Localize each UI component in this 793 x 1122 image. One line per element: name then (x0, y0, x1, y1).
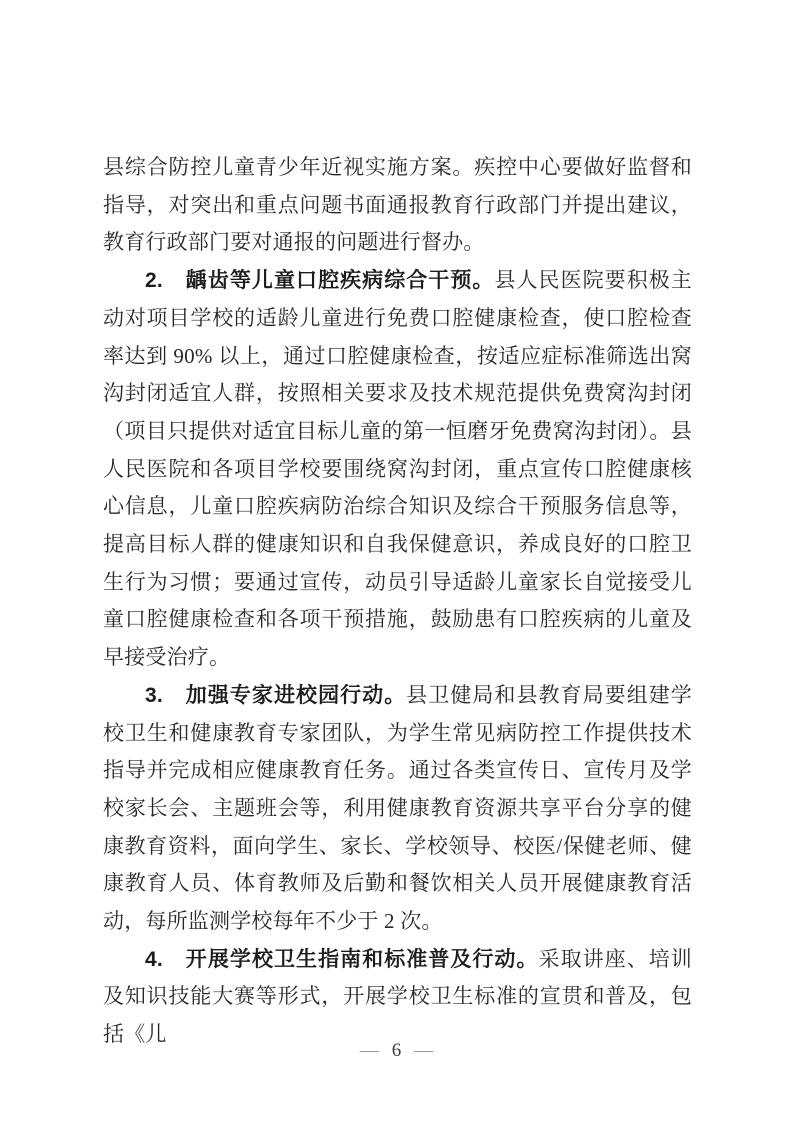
paragraph-2-text: 县人民医院要积极主动对项目学校的适龄儿童进行免费口腔健康检查，使口腔检查率达到 … (103, 268, 692, 669)
paragraph-3-text: 县卫健局和县教育局要组建学校卫生和健康教育专家团队，为学生常见病防控工作提供技术… (103, 683, 692, 933)
paragraph-1: 县综合防控儿童青少年近视实施方案。疾控中心要做好监督和指导，对突出和重点问题书面… (103, 149, 692, 262)
paragraph-4-heading: 4. 开展学校卫生指南和标准普及行动。 (145, 948, 539, 971)
page-number: 6 (392, 1040, 402, 1061)
paragraph-1-text: 县综合防控儿童青少年近视实施方案。疾控中心要做好监督和指导，对突出和重点问题书面… (103, 155, 692, 254)
paragraph-2-heading: 2. 龋齿等儿童口腔疾病综合干预。 (145, 269, 494, 292)
footer-right-dash: — (414, 1040, 433, 1061)
paragraph-3-heading: 3. 加强专家进校园行动。 (145, 684, 406, 707)
document-body: 县综合防控儿童青少年近视实施方案。疾控中心要做好监督和指导，对突出和重点问题书面… (103, 149, 692, 1054)
paragraph-3: 3. 加强专家进校园行动。县卫健局和县教育局要组建学校卫生和健康教育专家团队，为… (103, 677, 692, 941)
paragraph-2: 2. 龋齿等儿童口腔疾病综合干预。县人民医院要积极主动对项目学校的适龄儿童进行免… (103, 262, 692, 677)
document-page: 县综合防控儿童青少年近视实施方案。疾控中心要做好监督和指导，对突出和重点问题书面… (0, 0, 793, 1122)
paragraph-4: 4. 开展学校卫生指南和标准普及行动。采取讲座、培训及知识技能大赛等形式，开展学… (103, 941, 692, 1054)
footer-left-dash: — (360, 1040, 379, 1061)
page-footer: —6— (0, 1039, 793, 1063)
